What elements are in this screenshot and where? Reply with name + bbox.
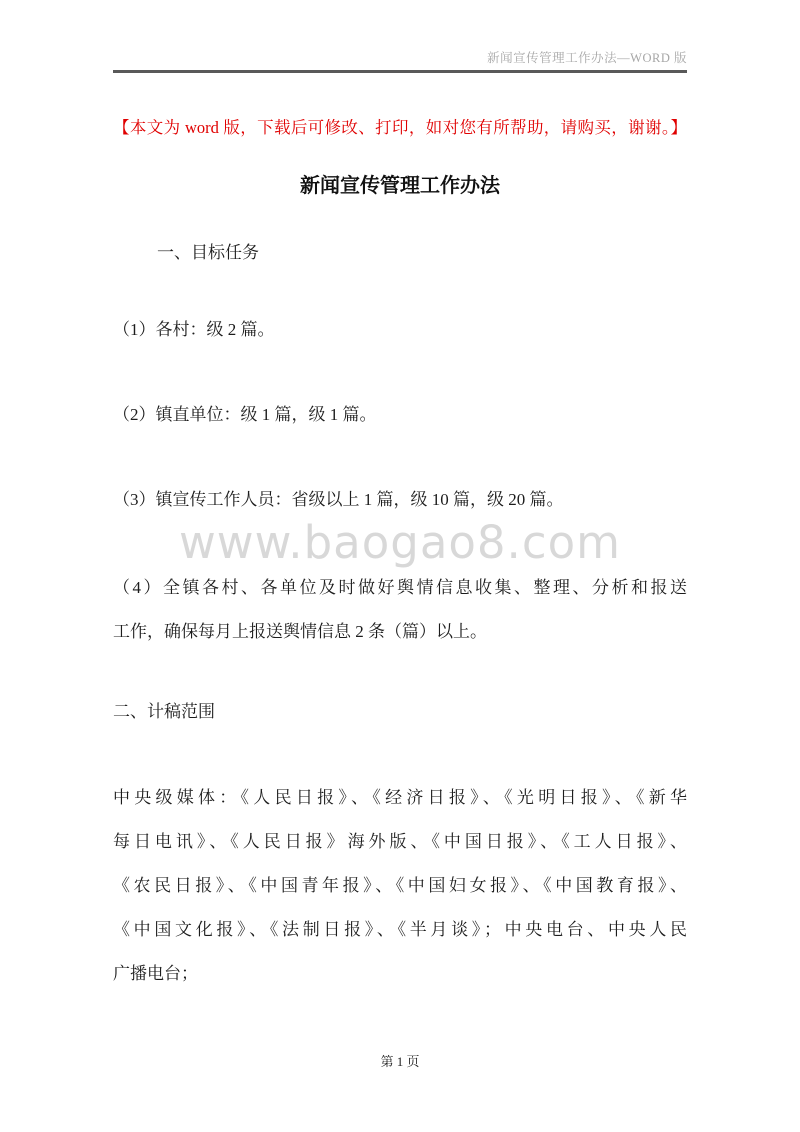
- text-line: 工作，确保每月上报送舆情信息 2 条（篇）以上。: [113, 610, 687, 654]
- purchase-notice: 【本文为 word 版，下载后可修改、打印，如对您有所帮助，请购买，谢谢。】: [113, 115, 687, 141]
- running-header: 新闻宣传管理工作办法—WORD 版: [113, 0, 687, 73]
- text-line: （4）全镇各村、各单位及时做好舆情信息收集、整理、分析和报送: [113, 566, 687, 610]
- section-heading-1: 一、目标任务: [113, 240, 731, 266]
- text-line: 中央级媒体：《人民日报》、《经济日报》、《光明日报》、《新华: [113, 776, 687, 820]
- text-line: 广播电台；: [113, 952, 687, 996]
- list-item-1: （1）各村：级 2 篇。: [113, 317, 687, 343]
- section-heading-2: 二、计稿范围: [113, 699, 687, 725]
- document-title: 新闻宣传管理工作办法: [113, 171, 687, 201]
- list-item-2: （2）镇直单位：级 1 篇，级 1 篇。: [113, 402, 687, 428]
- paragraph-media-list: 中央级媒体：《人民日报》、《经济日报》、《光明日报》、《新华 每日电讯》、《人民…: [113, 776, 687, 996]
- document-text-layer: 新闻宣传管理工作办法—WORD 版 【本文为 word 版，下载后可修改、打印，…: [0, 0, 800, 1132]
- text-line: 每日电讯》、《人民日报》海外版、《中国日报》、《工人日报》、: [113, 820, 687, 864]
- document-page: www.baogao8.com 新闻宣传管理工作办法—WORD 版 【本文为 w…: [0, 0, 800, 1132]
- text-line: 《中国文化报》、《法制日报》、《半月谈》；中央电台、中央人民: [113, 908, 687, 952]
- paragraph-4: （4）全镇各村、各单位及时做好舆情信息收集、整理、分析和报送 工作，确保每月上报…: [113, 566, 687, 654]
- page-number: 第 1 页: [0, 1053, 800, 1071]
- text-line: 《农民日报》、《中国青年报》、《中国妇女报》、《中国教育报》、: [113, 864, 687, 908]
- list-item-3: （3）镇宣传工作人员：省级以上 1 篇，级 10 篇，级 20 篇。: [113, 487, 687, 513]
